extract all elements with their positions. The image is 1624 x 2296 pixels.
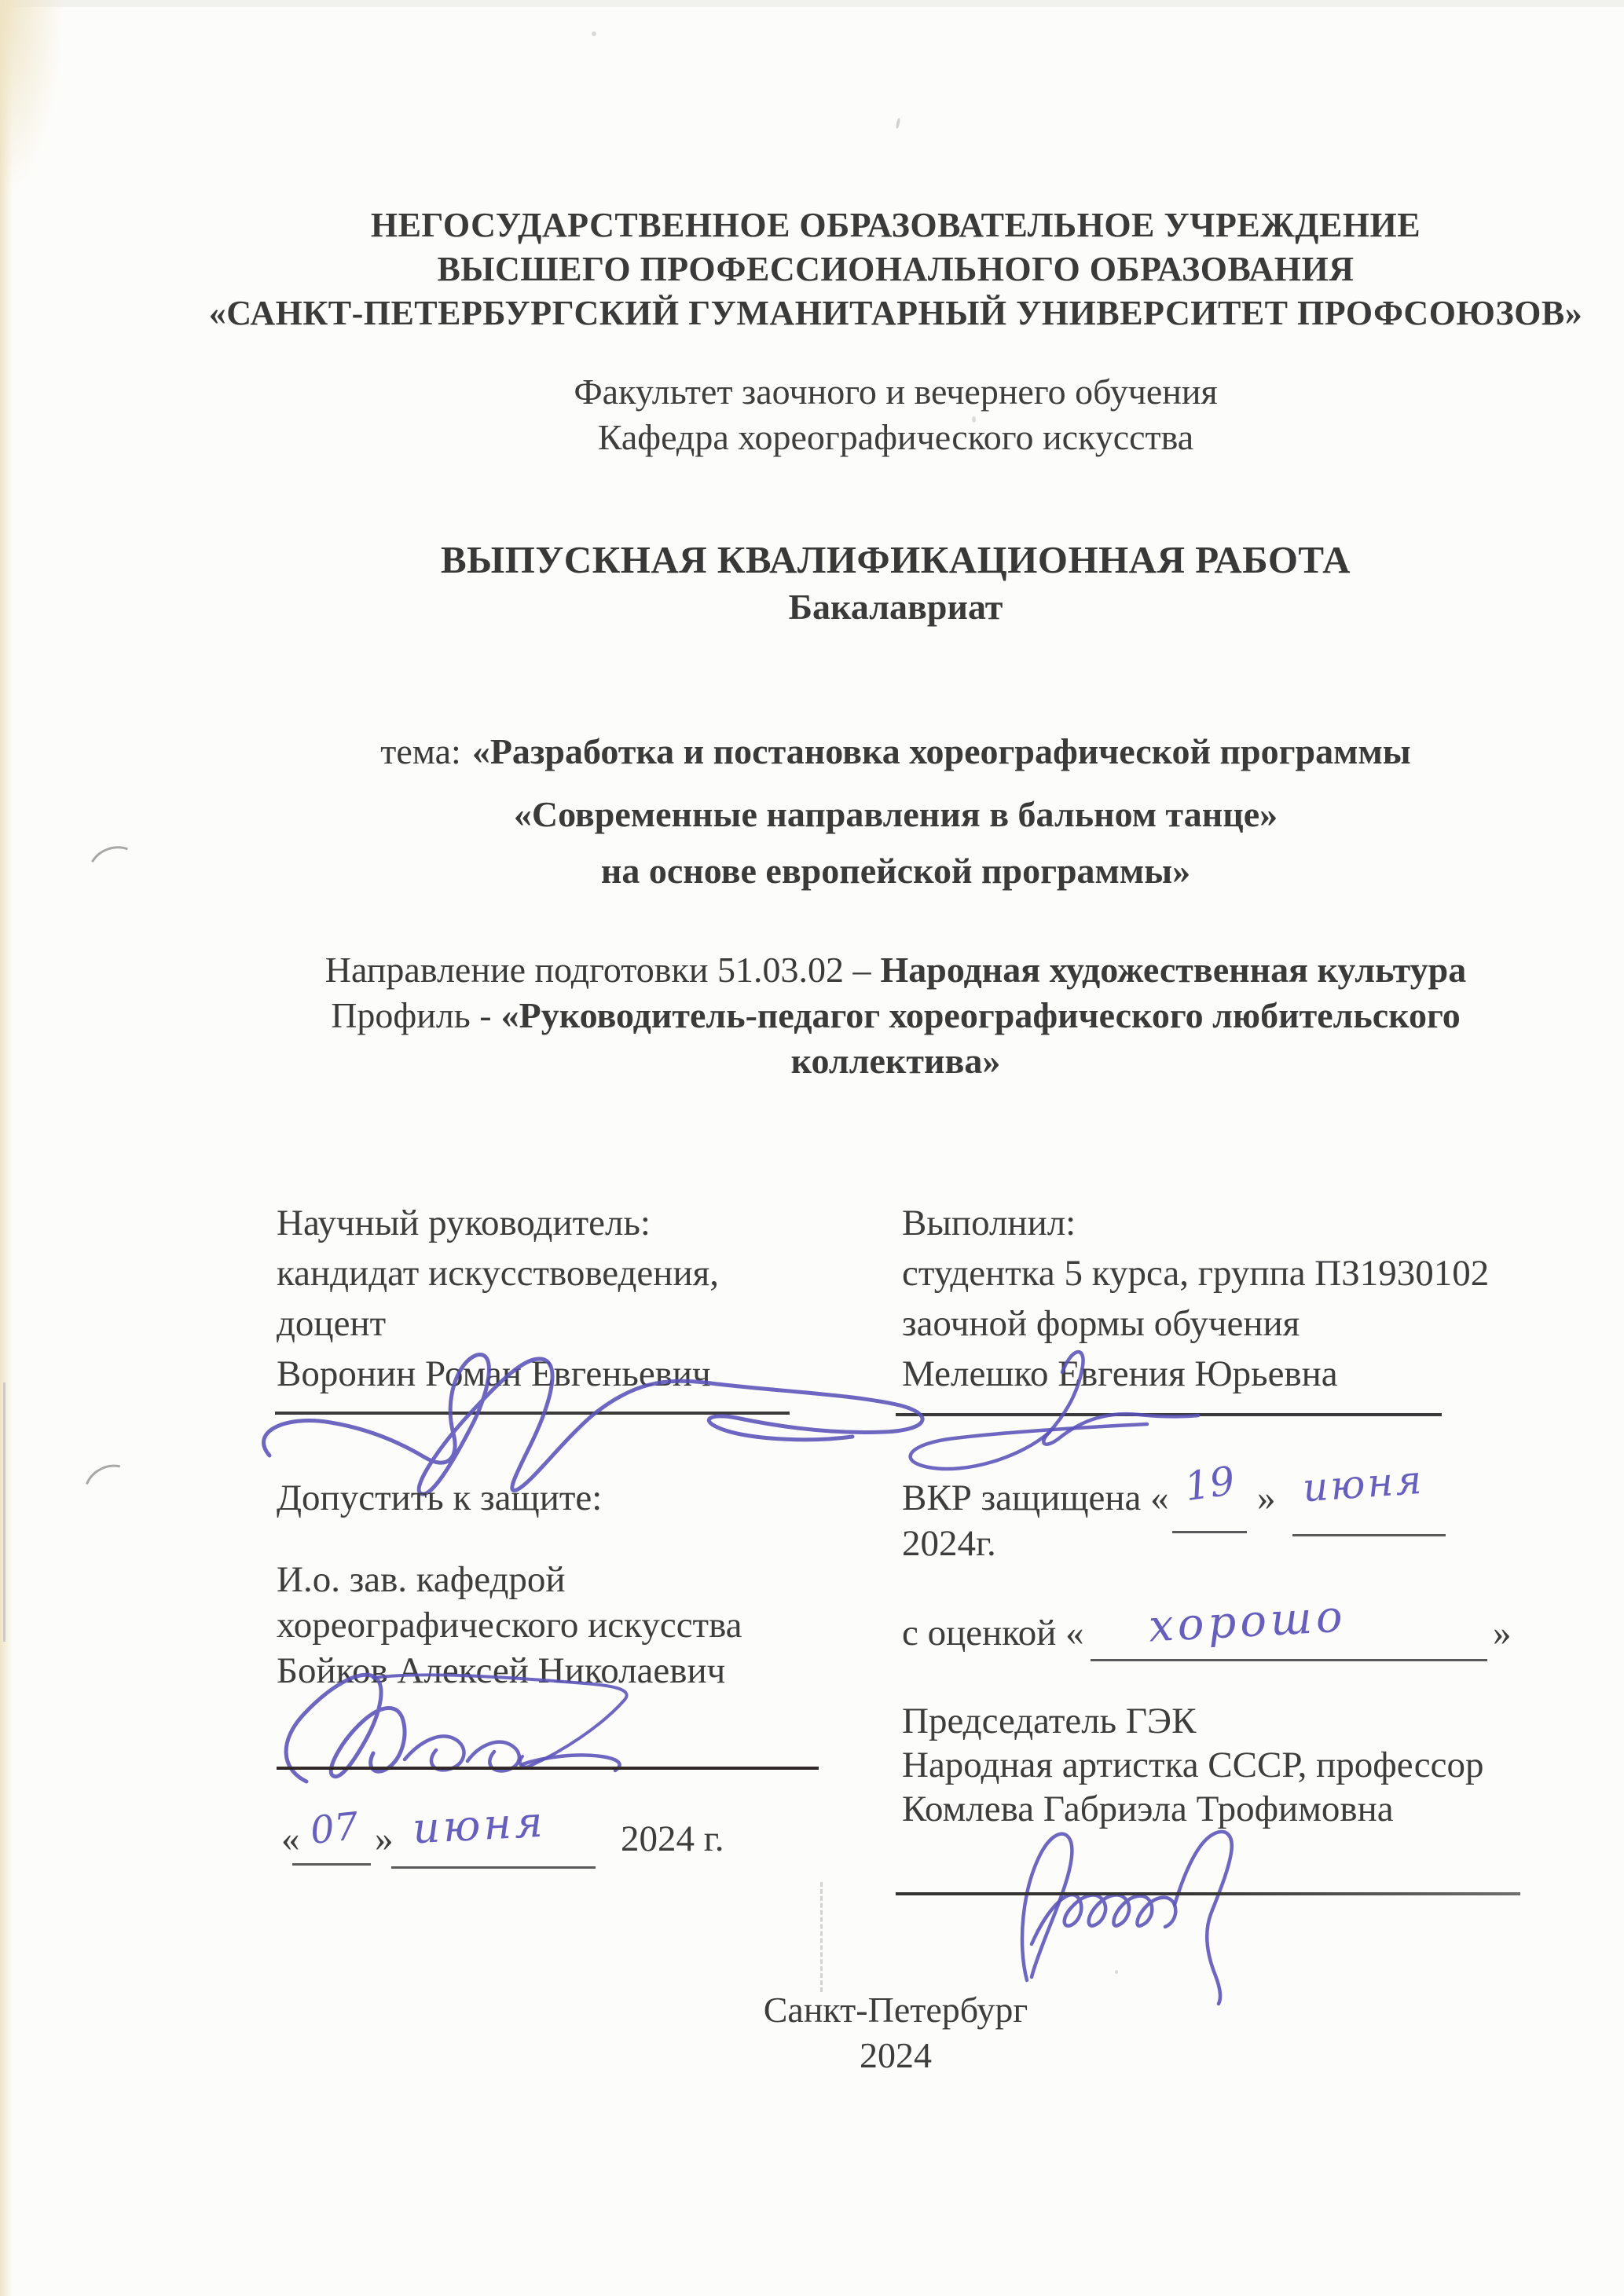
month-underline (391, 1866, 596, 1869)
defense-year: 2024г. (902, 1521, 996, 1566)
admission-date-day-handwritten: 07 (308, 1804, 361, 1853)
defense-day-handwritten: 19 (1182, 1458, 1237, 1510)
defense-defended-prefix: ВКР защищена « (902, 1475, 1169, 1521)
profile-line2: коллектива» (167, 1040, 1624, 1082)
student-label: Выполнил: (902, 1200, 1076, 1246)
supervisor-label: Научный руководитель: (277, 1200, 651, 1246)
head-position-line2: хореографического искусства (277, 1602, 742, 1648)
defense-month-underline (1292, 1534, 1446, 1536)
scan-edge-line (3, 1382, 5, 1642)
theme-line3: на основе европейской программы» (167, 850, 1624, 892)
scan-artifact-dashes (820, 1882, 823, 1992)
defense-defended-suffix: » (1257, 1475, 1276, 1521)
scan-speck (896, 118, 901, 130)
committee-chair-name: Комлева Габриэла Трофимовна (902, 1786, 1394, 1832)
scan-artifact-arc (82, 839, 147, 899)
footer-city: Санкт-Петербург (167, 1987, 1624, 2033)
admission-date-quote-open: « (281, 1816, 300, 1862)
scanned-title-page: НЕГОСУДАРСТВЕННОЕ ОБРАЗОВАТЕЛЬНОЕ УЧРЕЖД… (0, 0, 1624, 2296)
department-name: Кафедра хореографического искусства (167, 415, 1624, 460)
direction-value: Народная художественная культура (880, 950, 1466, 990)
theme-title-part1: «Разработка и постановка хореографическо… (472, 731, 1411, 771)
faculty-name: Факультет заочного и вечернего обучения (167, 369, 1624, 415)
grade-handwritten: хорошо (1147, 1591, 1347, 1652)
work-type-title: ВЫПУСКНАЯ КВАЛИФИКАЦИОННАЯ РАБОТА (167, 537, 1624, 582)
admission-date-year: 2024 г. (621, 1816, 724, 1862)
head-position-line1: И.о. зав. кафедрой (277, 1557, 566, 1602)
scan-top-edge (0, 0, 1624, 7)
degree-level: Бакалавриат (167, 586, 1624, 628)
admission-date-quote-close: » (375, 1816, 394, 1862)
institution-name-line2: ВЫСШЕГО ПРОФЕССИОНАЛЬНОГО ОБРАЗОВАНИЯ (167, 247, 1624, 291)
profile-value-part1: «Руководитель-педагог хореографического … (501, 995, 1461, 1035)
defense-day-underline (1172, 1531, 1247, 1533)
institution-name-line3: «САНКТ-ПЕТЕРБУРГСКИЙ ГУМАНИТАРНЫЙ УНИВЕР… (167, 291, 1624, 335)
committee-chair-label: Председатель ГЭК (902, 1698, 1196, 1744)
theme-label: тема: (380, 731, 461, 771)
student-info-line1: студентка 5 курса, группа ПЗ1930102 (902, 1251, 1489, 1296)
student-signature (880, 1339, 1214, 1485)
defense-month-handwritten: июня (1301, 1457, 1425, 1511)
committee-chair-signature (986, 1826, 1347, 2007)
direction-line: Направление подготовки 51.03.02 –Народна… (167, 949, 1624, 991)
day-underline (292, 1863, 371, 1866)
supervisor-degree: кандидат искусствоведения, (277, 1251, 719, 1296)
footer-year: 2024 (167, 2033, 1624, 2078)
institution-name-line1: НЕГОСУДАРСТВЕННОЕ ОБРАЗОВАТЕЛЬНОЕ УЧРЕЖД… (167, 203, 1624, 247)
scan-artifact-arc (76, 1456, 144, 1519)
direction-label: Направление подготовки 51.03.02 – (325, 950, 871, 990)
paper-corner-stain (0, 0, 63, 196)
grade-underline (1091, 1659, 1487, 1661)
theme-line2: «Современные направления в бальном танце… (167, 793, 1624, 835)
theme-line1: тема:«Разработка и постановка хореографи… (167, 731, 1624, 772)
profile-line1: Профиль -«Руководитель-педагог хореограф… (167, 994, 1624, 1036)
admission-date-month-handwritten: июня (411, 1797, 547, 1854)
committee-signature-line (896, 1892, 1520, 1895)
profile-label: Профиль - (331, 995, 491, 1035)
admission-label: Допустить к защите: (277, 1475, 602, 1521)
paper-left-edge (0, 0, 13, 2296)
head-signature-line (277, 1767, 819, 1770)
grade-prefix: с оценкой « (902, 1610, 1084, 1656)
grade-suffix: » (1493, 1610, 1512, 1656)
committee-chair-title: Народная артистка СССР, профессор (902, 1742, 1483, 1788)
scan-speck (592, 31, 596, 36)
